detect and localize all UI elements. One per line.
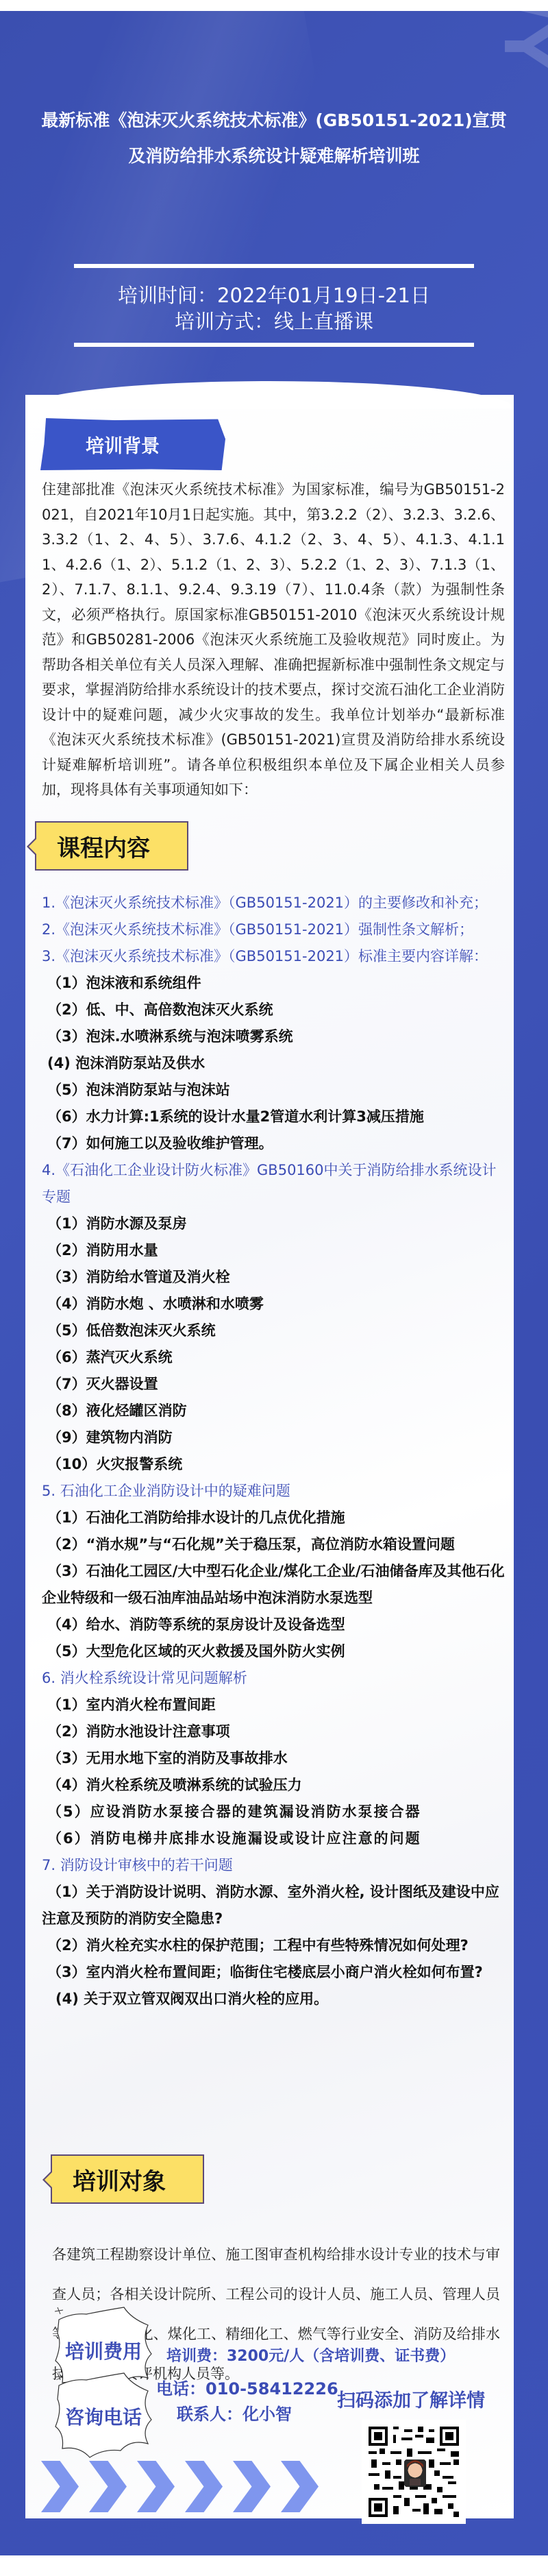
course-item: （3）泡沫.水喷淋系统与泡沫喷雾系统 [42, 1023, 508, 1050]
qr-code[interactable] [362, 2420, 466, 2524]
course-item: （2）消火栓充实水柱的保护范围；工程中有些特殊情况如何处理? [42, 1932, 508, 1959]
course-item: （1）关于消防设计说明、消防水源、室外消火栓, 设计图纸及建设中应注意及预防的消… [42, 1879, 508, 1932]
course-item: （7）灭火器设置 [42, 1371, 508, 1398]
course-item: （3）室内消火栓布置间距；临街住宅楼底层小商户消火栓如何布置? [42, 1959, 508, 1986]
training-time: 培训时间：2022年01月19日-21日 [0, 282, 548, 308]
course-item: （2）“消水规”与“石化规”关于稳压泵，高位消防水箱设置问题 [42, 1531, 508, 1558]
title-line-1: 最新标准《泡沫灭火系统技术标准》(GB50151-2021)宣贯 [0, 103, 548, 138]
course-item: （1）石油化工消防给排水设计的几点优化措施 [42, 1505, 508, 1531]
section-heading-background: 培训背景 [86, 431, 160, 458]
course-item: （6）消防电梯井底排水设施漏设或设计应注意的问题 [42, 1825, 508, 1852]
course-section-title: 2.《泡沫灭火系统技术标准》（GB50151-2021）强制性条文解析； [42, 916, 508, 943]
course-section-title: 3.《泡沫灭火系统技术标准》（GB50151-2021）标准主要内容详解： [42, 943, 508, 970]
course-item: （5）应设消防水泵接合器的建筑漏设消防水泵接合器 [42, 1799, 508, 1825]
chevron-right-icon [281, 2461, 319, 2512]
contact-burst-badge: 咨询电话 [52, 2372, 155, 2461]
course-section-title: 1.《泡沫灭火系统技术标准》（GB50151-2021）的主要修改和补充； [42, 890, 508, 916]
course-item: （9）建筑物内消防 [42, 1424, 508, 1451]
chevron-right-icon [185, 2461, 223, 2512]
qr-code-icon [369, 2427, 459, 2517]
chevron-right-icon [233, 2461, 271, 2512]
chevron-right-icon [41, 2461, 79, 2512]
course-item: （5）大型危化区域的灭火救援及国外防火实例 [42, 1638, 508, 1665]
course-item: (4) 关于双立管双阀双出口消火栓的应用。 [42, 1986, 508, 2013]
section-heading-target: 培训对象 [52, 2163, 166, 2196]
section-heading-course: 课程内容 [36, 829, 150, 863]
fee-text: 培训费：3200元/人（含培训费、证书费） [166, 2344, 455, 2366]
course-item: （4）消火栓系统及喷淋系统的试验压力 [42, 1772, 508, 1799]
course-item: （2）低、中、高倍数泡沫灭火系统 [42, 997, 508, 1023]
course-item: （4）给水、消防等系统的泵房设计及设备选型 [42, 1612, 508, 1638]
section-badge-course: 课程内容 [35, 821, 188, 871]
course-item: （3）石油化工园区/大中型石化企业/煤化工企业/石油储备库及其他石化企业特级和一… [42, 1558, 508, 1612]
course-item: （8）液化烃罐区消防 [42, 1398, 508, 1424]
course-item: (4) 泡沫消防泵站及供水 [42, 1050, 508, 1077]
course-list: 1.《泡沫灭火系统技术标准》（GB50151-2021）的主要修改和补充； 2.… [42, 890, 508, 2013]
watermark-right: ZZWY [490, 11, 548, 73]
section-badge-background: 培训背景 [40, 418, 225, 470]
course-item: （6）蒸汽灭火系统 [42, 1344, 508, 1371]
chevron-right-icon [89, 2461, 127, 2512]
training-mode: 培训方式：线上直播课 [0, 308, 548, 335]
course-item: （2）消防用水量 [42, 1237, 508, 1264]
course-item: （7）如何施工以及验收维护管理。 [42, 1130, 508, 1157]
divider-bottom [74, 343, 474, 347]
background-paragraph: 住建部批准《泡沫灭火系统技术标准》为国家标准，编号为GB50151-2021，自… [42, 477, 505, 803]
course-item: （6）水力计算:1系统的设计水量2管道水利计算3减压措施 [42, 1104, 508, 1130]
course-section-title: 6. 消火栓系统设计常见问题解析 [42, 1665, 508, 1692]
course-section-title: 4.《石油化工企业设计防火标准》GB50160中关于消防给排水系统设计专题 [42, 1157, 508, 1211]
course-item: （3）无用水地下室的消防及事故排水 [42, 1745, 508, 1772]
course-item: （1）泡沫液和系统组件 [42, 970, 508, 997]
course-item: （4）消防水炮 、水喷淋和水喷雾 [42, 1291, 508, 1317]
course-item: （2）消防水池设计注意事项 [42, 1718, 508, 1745]
contact-person: 联系人：化小智 [177, 2401, 292, 2425]
divider-top [74, 264, 474, 268]
course-item: （1）消防水源及泵房 [42, 1211, 508, 1237]
course-item: （5）低倍数泡沫灭火系统 [42, 1317, 508, 1344]
contact-label: 咨询电话 [52, 2372, 155, 2461]
section-badge-target: 培训对象 [51, 2154, 204, 2204]
chevron-right-icon [137, 2461, 175, 2512]
scan-prompt: 扫码添加了解详情 [337, 2385, 485, 2412]
contact-phone[interactable]: 电话：010-58412226 [156, 2375, 338, 2399]
course-item: （5）泡沫消防泵站与泡沫站 [42, 1077, 508, 1104]
course-item: （10）火灾报警系统 [42, 1451, 508, 1478]
schedule-block: 培训时间：2022年01月19日-21日 培训方式：线上直播课 [0, 282, 548, 335]
page-title: 最新标准《泡沫灭火系统技术标准》(GB50151-2021)宣贯 及消防给排水系… [0, 103, 548, 174]
course-section-title: 7. 消防设计审核中的若干问题 [42, 1852, 508, 1879]
chevron-arrows [41, 2461, 319, 2512]
title-line-2: 及消防给排水系统设计疑难解析培训班 [0, 138, 548, 174]
course-item: （3）消防给水管道及消火栓 [42, 1264, 508, 1291]
course-section-title: 5. 石油化工企业消防设计中的疑难问题 [42, 1478, 508, 1505]
course-item: （1）室内消火栓布置间距 [42, 1692, 508, 1718]
